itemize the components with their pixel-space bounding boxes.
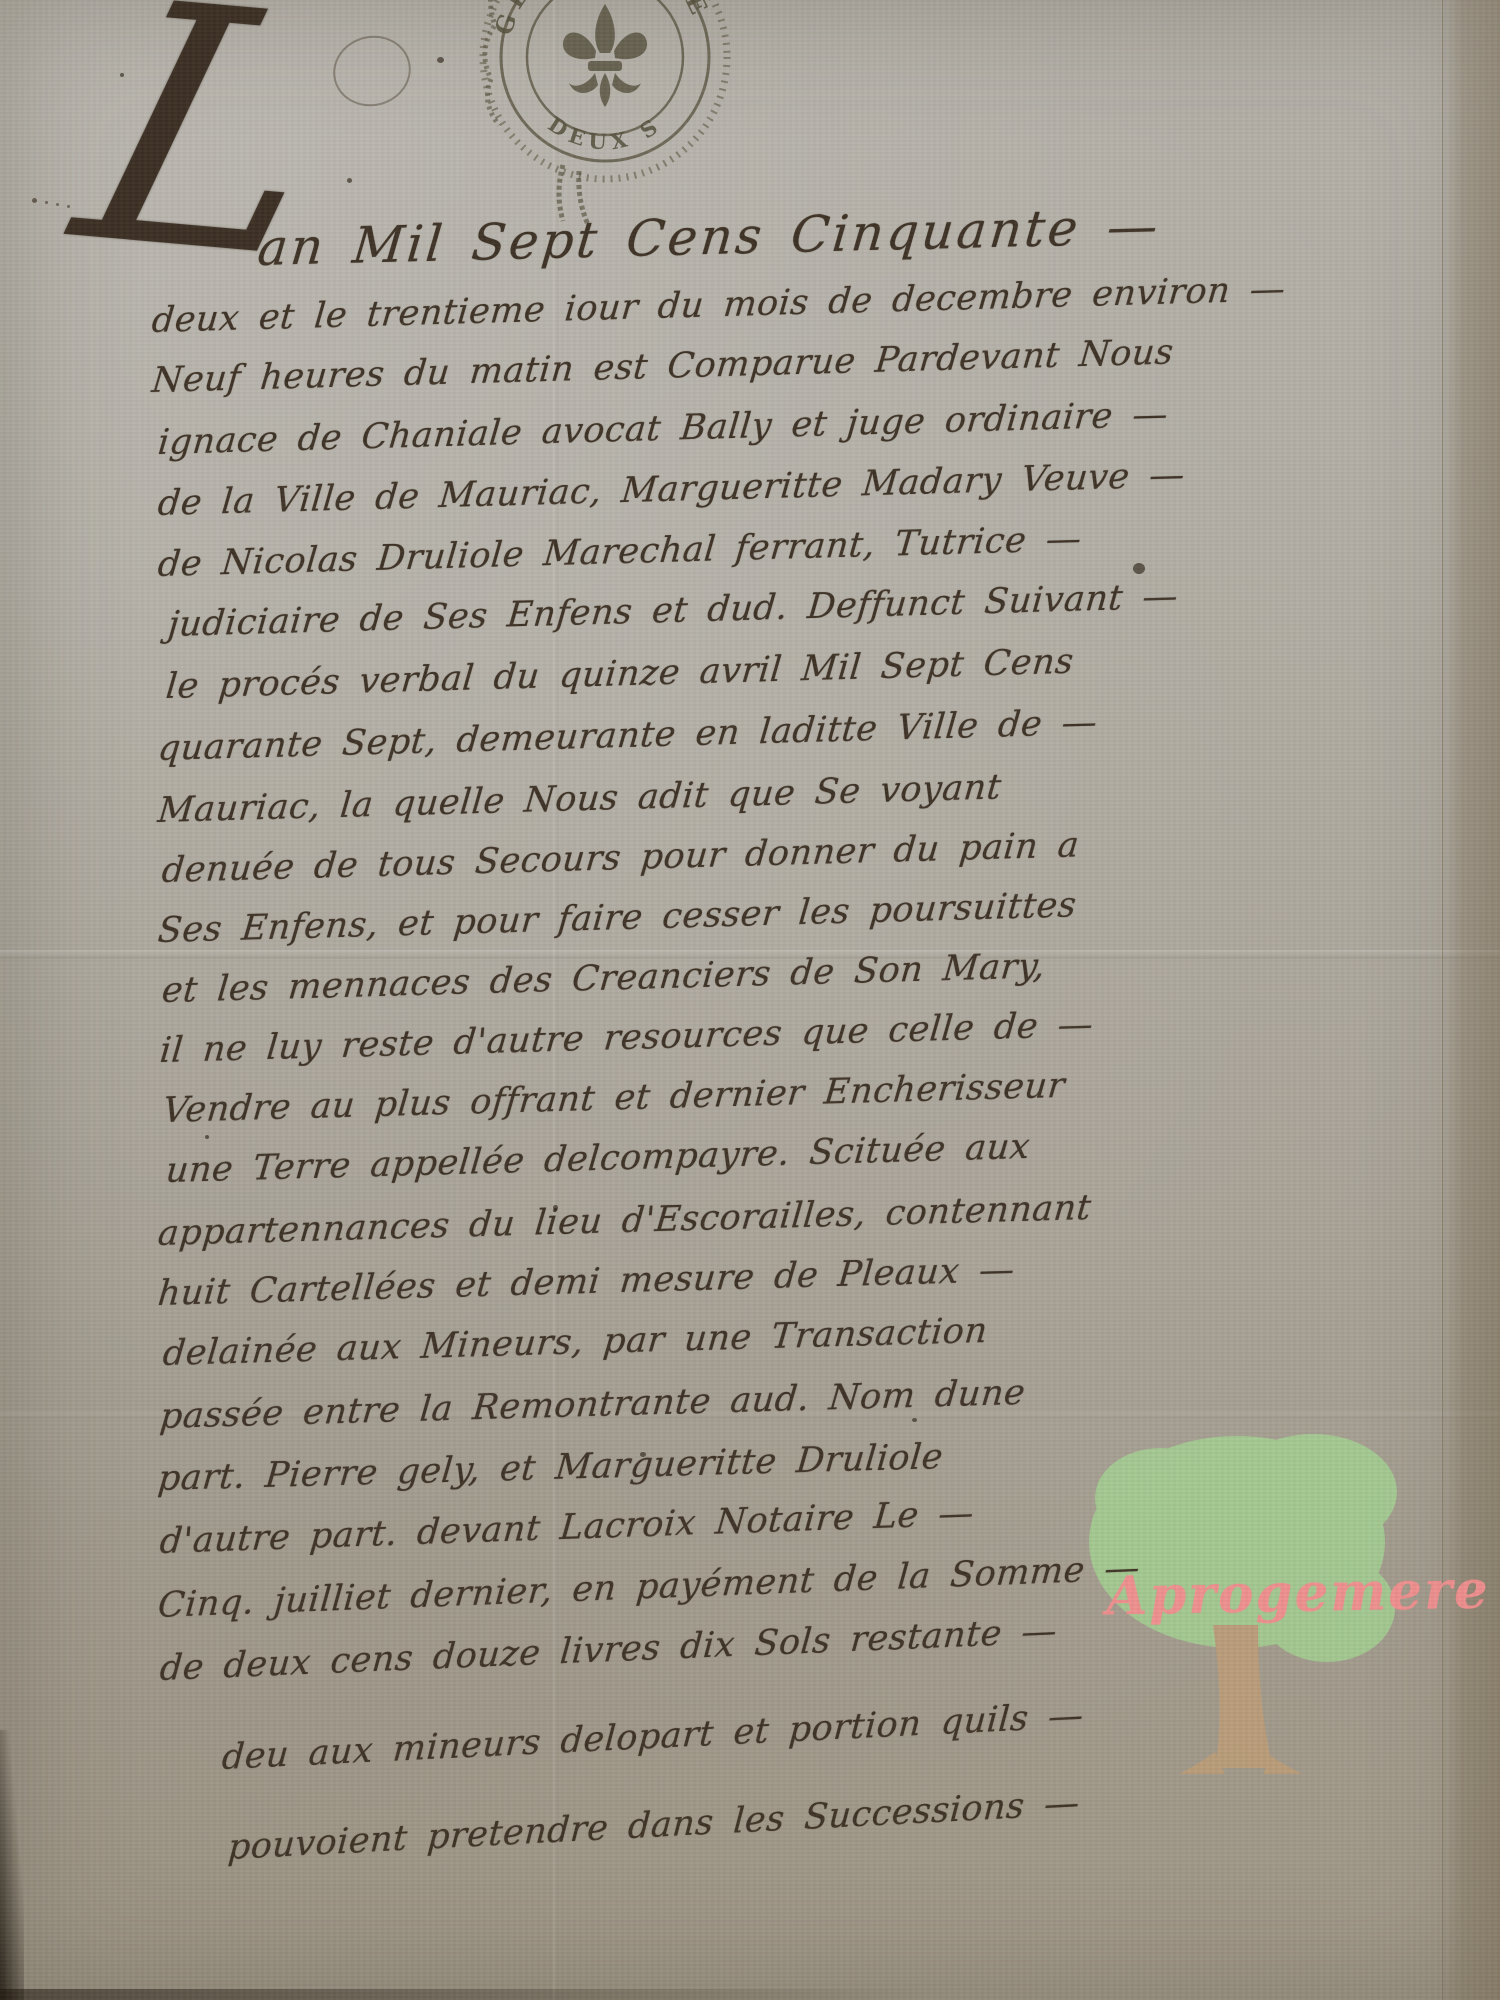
manuscript-line: an Mil Sept Cens Cinquante —	[255, 196, 1163, 278]
page-right-edge	[1442, 0, 1500, 2000]
ink-speck	[912, 1418, 917, 1422]
manuscript-line: Vendre au plus offrant et dernier Encher…	[161, 1065, 1067, 1132]
ink-blot	[1133, 563, 1145, 574]
margin-ink-dots	[32, 198, 37, 203]
page-bottom-edge	[0, 1989, 930, 2000]
manuscript-line: de la Ville de Mauriac, Margueritte Mada…	[156, 454, 1187, 525]
manuscript-page: GENERALITE DEUX S L an Mil Sept Cens Cin…	[0, 0, 1500, 2000]
manuscript-line: deux et le trentieme iour du mois de dec…	[150, 268, 1287, 342]
manuscript-line: ignace de Chaniale avocat Bally et juge …	[156, 394, 1170, 464]
manuscript-line: appartennances du lieu d'Escorailles, co…	[156, 1187, 1093, 1255]
tree-trunk	[1179, 1625, 1303, 1774]
stamp-arc-text-bottom: DEUX S	[544, 111, 667, 155]
ink-speck	[553, 1205, 558, 1210]
manuscript-line: Mauriac, la quelle Nous adit que Se voya…	[156, 766, 1003, 832]
svg-text:DEUX S: DEUX S	[544, 111, 667, 155]
ink-speck	[347, 178, 352, 183]
manuscript-line: deu aux mineurs delopart et portion quil…	[220, 1695, 1085, 1779]
manuscript-line: quarante Sept, demeurante en laditte Vil…	[156, 702, 1099, 770]
ink-speck	[640, 1452, 646, 1457]
manuscript-line: le procés verbal du quinze avril Mil Sep…	[164, 641, 1076, 708]
manuscript-line: d'autre part. devant Lacroix Notaire Le …	[158, 1492, 976, 1563]
manuscript-line: huit Cartellées et demi mesure de Pleaux…	[156, 1249, 1017, 1315]
manuscript-line: une Terre appellée delcompayre. Scituée …	[164, 1126, 1032, 1192]
manuscript-line: denuée de tous Secours pour donner du pa…	[160, 824, 1081, 892]
manuscript-line: il ne luy reste d'autre resources que ce…	[158, 1004, 1095, 1072]
manuscript-line: de deux cens douze livres dix Sols resta…	[158, 1610, 1058, 1690]
manuscript-line: et les mennaces des Creanciers de Son Ma…	[160, 945, 1047, 1012]
fleur-de-lis-icon	[563, 4, 647, 107]
ink-speck	[205, 1135, 209, 1139]
manuscript-line: pouvoient pretendre dans les Successions…	[227, 1782, 1082, 1869]
manuscript-line: delainée aux Mineurs, par une Transactio…	[161, 1310, 990, 1375]
manuscript-line: Neuf heures du matin est Comparue Pardev…	[150, 331, 1175, 402]
manuscript-line: judiciaire de Ses Enfens et dud. Deffunc…	[166, 576, 1180, 646]
manuscript-line: Ses Enfens, et pour faire cesser les pou…	[156, 884, 1078, 952]
manuscript-line: part. Pierre gely, et Margueritte Drulio…	[156, 1436, 945, 1500]
page-corner-shadow	[0, 1730, 24, 2000]
ink-speck	[437, 57, 444, 63]
ink-speck	[120, 73, 124, 77]
watermark-label: Aprogemere	[1105, 1559, 1490, 1628]
manuscript-line: de Nicolas Druliole Marechal ferrant, Tu…	[156, 518, 1083, 586]
manuscript-line: passée entre la Remontrante aud. Nom dun…	[158, 1372, 1027, 1438]
